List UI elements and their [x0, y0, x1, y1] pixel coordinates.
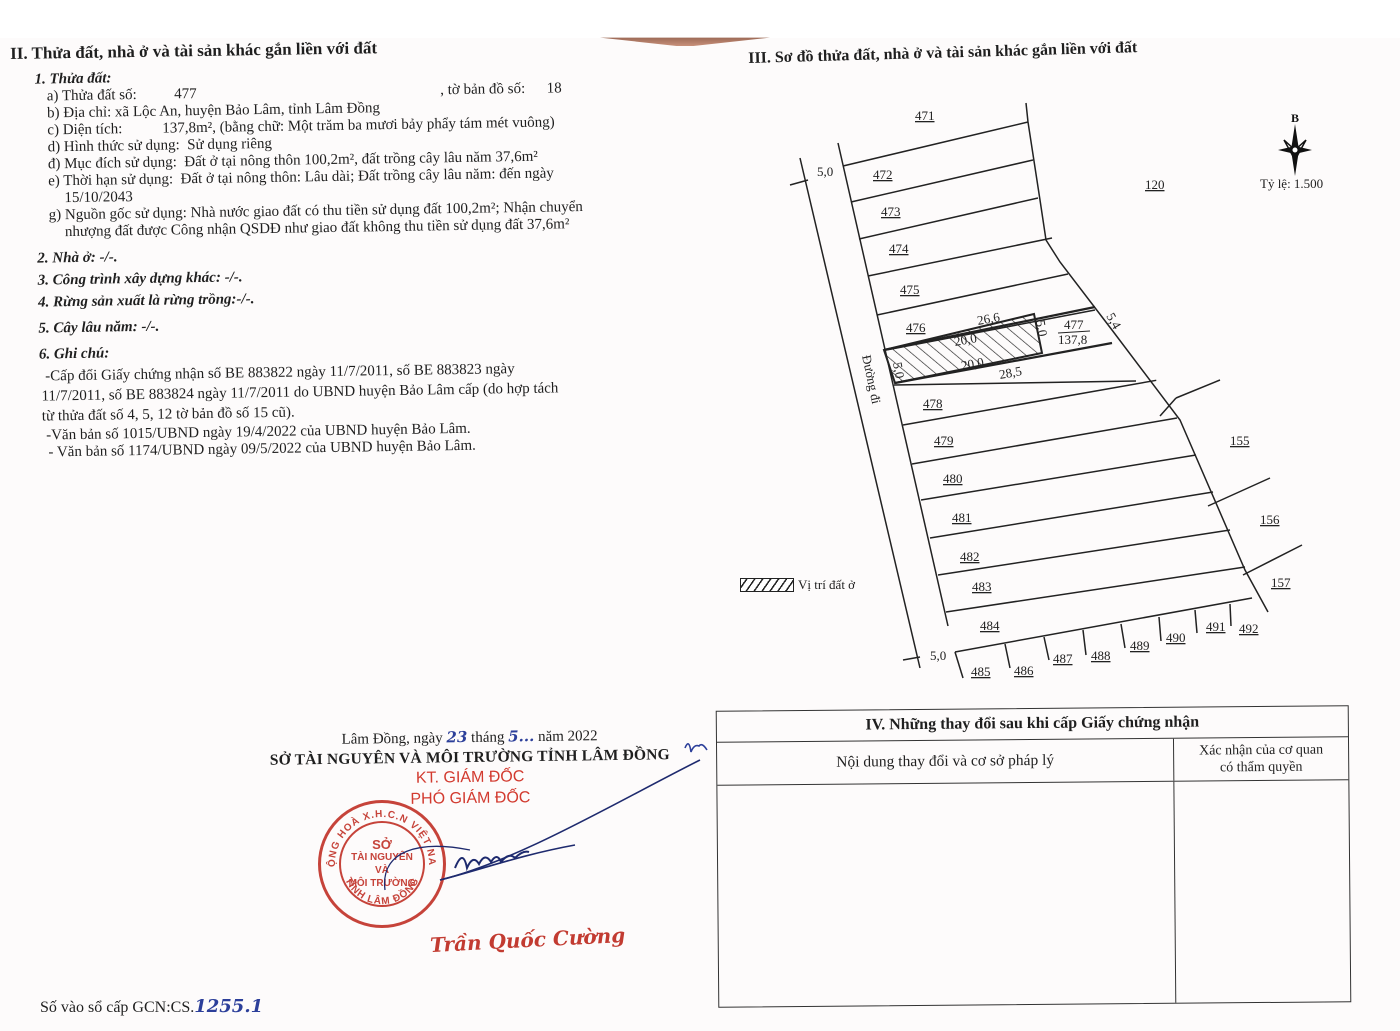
parcel-label: 492 [1239, 621, 1259, 636]
parcel-label: 476 [906, 320, 926, 335]
parcel-label: 491 [1206, 619, 1226, 634]
parcel-label: 478 [923, 396, 943, 411]
parcel-label: 474 [889, 241, 909, 256]
parcel-label: 481 [952, 510, 972, 525]
svg-text:B: B [1291, 111, 1299, 125]
parcel-label: 488 [1091, 648, 1111, 663]
dim-right: 5,4 [1103, 310, 1124, 332]
column-header-changes: Nội dung thay đổi và cơ sở pháp lý [717, 739, 1174, 785]
north-arrow: B [1270, 110, 1320, 180]
map-scale: Tỷ lệ: 1.500 [1260, 176, 1323, 192]
parcel-label: 473 [881, 204, 901, 219]
changes-content-cell [717, 782, 1176, 1007]
dim-left: 5,0 [890, 361, 908, 380]
compass-icon: B [1270, 110, 1320, 180]
parcel-label: 480 [943, 471, 963, 486]
parcel-label: 483 [972, 579, 992, 594]
subject-parcel-number: 477 [1064, 317, 1084, 332]
parcel-label: 484 [980, 618, 1000, 633]
parcel-label: 471 [915, 108, 935, 123]
parcel-label: 156 [1260, 512, 1280, 527]
parcel-label: 120 [1145, 177, 1165, 192]
dim-inner-right: 5,0 [1033, 319, 1051, 338]
dim-inner-bottom: 20,0 [960, 354, 985, 373]
parcel-label: 490 [1166, 630, 1186, 645]
parcel-label: 157 [1271, 575, 1291, 590]
parcel-label: 482 [960, 549, 980, 564]
parcel-label: 155 [1230, 433, 1250, 448]
confirmation-cell [1174, 780, 1350, 1003]
parcel-label: 485 [971, 664, 991, 679]
parcel-label: 472 [873, 167, 893, 182]
parcel-label: 489 [1130, 638, 1150, 653]
parcel-label: 487 [1053, 651, 1073, 666]
parcel-label: 479 [934, 433, 954, 448]
road-width-top: 5,0 [817, 164, 833, 179]
column-header-confirmation: Xác nhận của cơ quancó thẩm quyền [1174, 737, 1348, 781]
map-legend: Vị trí đất ở [740, 577, 855, 593]
parcel-label: 475 [900, 282, 920, 297]
legend-label: Vị trí đất ở [798, 577, 855, 593]
parcel-label: 486 [1014, 663, 1034, 678]
road-label: Đường đi [859, 354, 884, 406]
subject-parcel-area: 137,8 [1058, 332, 1087, 347]
hatch-swatch-icon [740, 578, 794, 592]
dim-bottom: 28,5 [998, 363, 1023, 382]
section-iv-changes-table: IV. Những thay đổi sau khi cấp Giấy chứn… [716, 705, 1352, 1008]
road-width-bottom: 5,0 [930, 648, 946, 663]
